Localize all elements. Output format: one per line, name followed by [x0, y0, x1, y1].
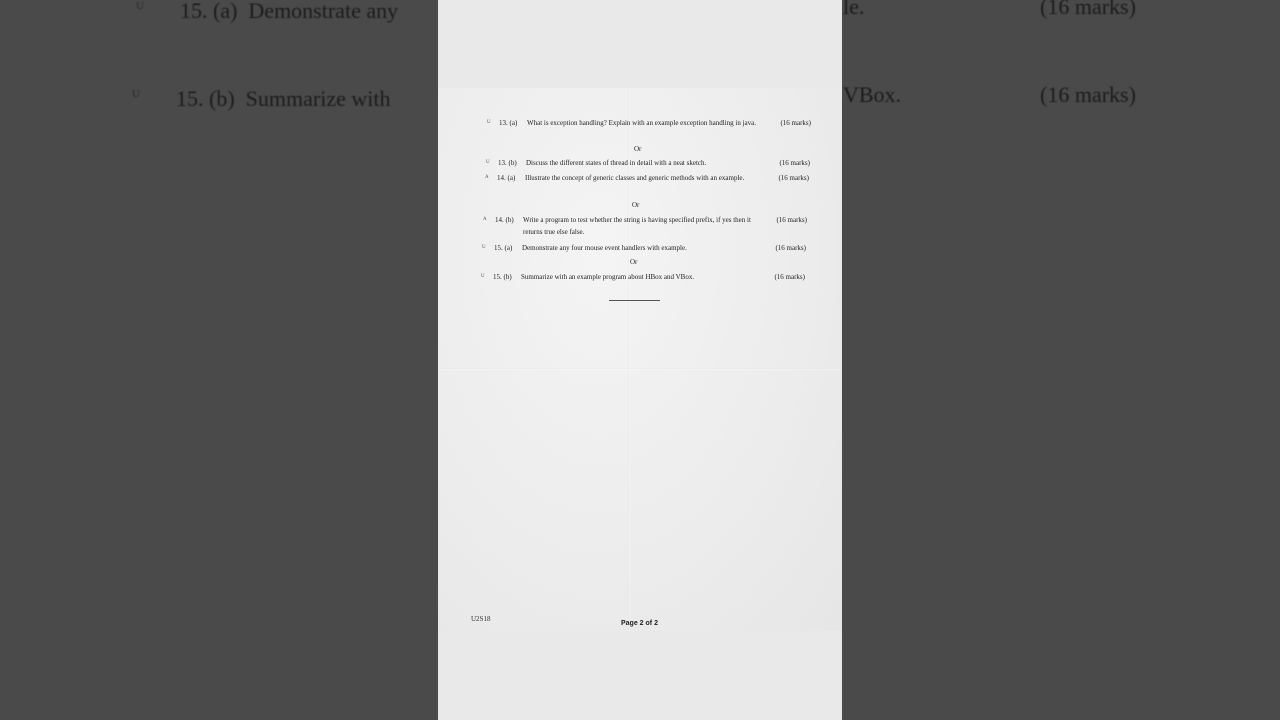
question-14b: A 14. (b)Write a program to test whether…	[495, 214, 763, 238]
question-number: 15. (b)	[493, 271, 521, 283]
end-of-paper-rule	[609, 300, 660, 301]
question-marks: (16 marks)	[779, 157, 810, 169]
question-text: Summarize with an example program about …	[521, 271, 761, 283]
question-14a: A 14. (a)Illustrate the concept of gener…	[497, 172, 765, 184]
question-marks: (16 marks)	[776, 214, 807, 226]
outcome-tick: U	[482, 242, 486, 254]
or-separator: Or	[632, 201, 639, 209]
bg-tick-1: U	[136, 0, 144, 12]
question-text: Illustrate the concept of generic classe…	[525, 172, 765, 184]
question-marks: (16 marks)	[778, 172, 809, 184]
bg-question-15a: 15. (a) Demonstrate any	[180, 0, 398, 24]
outcome-tick: U	[486, 157, 490, 169]
question-marks: (16 marks)	[774, 271, 805, 283]
bg-question-15b-tail: VBox.	[843, 82, 901, 108]
question-text: Discuss the different states of thread i…	[526, 157, 766, 169]
outcome-tick: U	[487, 117, 491, 129]
outcome-tick: A	[483, 214, 487, 226]
outcome-tick: U	[481, 271, 485, 283]
bg-question-15a-tail: le.	[843, 0, 864, 20]
question-15a: U 15. (a)Demonstrate any four mouse even…	[494, 242, 762, 254]
question-15b: U 15. (b)Summarize with an example progr…	[493, 271, 761, 283]
question-number: 14. (b)	[495, 214, 523, 226]
question-number: 13. (b)	[498, 157, 526, 169]
fold-crease-horizontal	[438, 368, 842, 370]
question-text: Demonstrate any four mouse event handler…	[522, 242, 762, 254]
bg-question-15b: 15. (b) Summarize with	[176, 86, 390, 112]
or-separator: Or	[634, 145, 641, 153]
question-13a: U 13. (a)What is exception handling? Exp…	[499, 117, 767, 129]
question-number: 14. (a)	[497, 172, 525, 184]
question-text: What is exception handling? Explain with…	[527, 117, 767, 129]
video-frame: U 13. (a)What is exception handling? Exp…	[438, 0, 842, 720]
bg-tick-2: U	[132, 88, 140, 100]
outcome-tick: A	[485, 172, 489, 184]
question-text: Write a program to test whether the stri…	[523, 214, 763, 238]
question-number: 15. (a)	[494, 242, 522, 254]
page-number: Page 2 of 2	[621, 620, 658, 627]
question-marks: (16 marks)	[780, 117, 811, 129]
bg-marks-15b: (16 marks)	[1040, 82, 1136, 108]
question-13b: U 13. (b)Discuss the different states of…	[498, 157, 766, 169]
question-marks: (16 marks)	[775, 242, 806, 254]
or-separator: Or	[630, 258, 637, 266]
question-number: 13. (a)	[499, 117, 527, 129]
paper-code: U2S18	[471, 615, 490, 623]
exam-paper-page: U 13. (a)What is exception handling? Exp…	[438, 88, 842, 631]
bg-marks-15a: (16 marks)	[1040, 0, 1136, 20]
fold-crease-vertical	[628, 88, 630, 631]
